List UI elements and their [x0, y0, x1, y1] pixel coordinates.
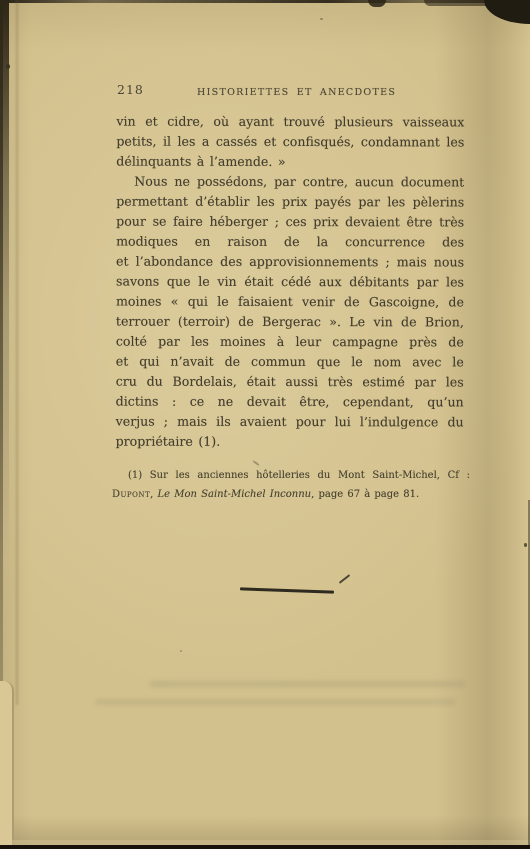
text-line: et qui n’avait de commun que le nom avec…	[116, 352, 464, 373]
page-left-edge-shadow	[0, 0, 9, 560]
text-line: modiques en raison de la concurrence des…	[116, 232, 464, 253]
text-line: dictins : ce ne devait être, cependant, …	[116, 392, 464, 413]
page-bottom-edge-shadow	[0, 845, 530, 849]
text-line: cru du Bordelais, était aussi très estim…	[116, 372, 464, 393]
text-line: permettant d’établir les prix payés par …	[116, 192, 464, 213]
page-number: 218	[117, 82, 144, 97]
text-line: savons que le vin était cédé aux débitan…	[116, 272, 464, 293]
text-line: verjus ; mais ils avaient pour lui l’ind…	[116, 412, 464, 433]
footnote-lines: (1) Sur les anciennes hôtelleries du Mon…	[112, 466, 470, 504]
running-title: HISTORIETTES ET ANECDOTES	[197, 87, 407, 98]
body-lines: vin et cidre, où ayant trouvé plusieurs …	[116, 112, 465, 453]
footnote-segment: ,	[150, 489, 157, 500]
text-line: petits, il les a cassés et confisqués, c…	[116, 132, 464, 153]
paper-speck	[6, 64, 10, 69]
paper-speck	[524, 543, 527, 547]
text-line: colté par les moines à leur campagne prè…	[116, 332, 464, 353]
footnote-line: Dupont, Le Mon Saint-Michel Inconnu, pag…	[112, 485, 470, 504]
page-top-right-corner	[484, 0, 530, 24]
footnote-line: (1) Sur les anciennes hôtelleries du Mon…	[112, 466, 470, 485]
text-line: propriétaire (1).	[116, 432, 464, 453]
text-line: pour se faire héberger ; ces prix devaie…	[116, 212, 464, 233]
text-line: vin et cidre, où ayant trouvé plusieurs …	[116, 112, 464, 133]
footnote-segment: (1) Sur les anciennes hôtelleries du Mon…	[128, 470, 470, 481]
paper-speck	[320, 18, 323, 20]
ink-stray-mark	[339, 574, 350, 584]
text-line: délinquants à l’amende. »	[116, 152, 464, 173]
scanned-book-page: 218 HISTORIETTES ET ANECDOTES vin et cid…	[0, 0, 530, 849]
page-left-crease	[16, 0, 18, 705]
text-line: terrouer (terroir) de Bergerac ». Le vin…	[116, 312, 464, 333]
footnote-segment: , page 67 à page 81.	[311, 489, 419, 500]
showthrough-text	[95, 699, 455, 705]
text-line: moines « qui le faisaient venir de Gasco…	[116, 292, 464, 313]
showthrough-text	[150, 681, 465, 687]
text-line: Nous ne possédons, par contre, aucun doc…	[116, 172, 464, 193]
paper-speck	[180, 650, 182, 652]
page-top-edge-notch	[368, 0, 386, 7]
footnote-segment: Le Mon Saint-Michel Inconnu	[158, 489, 312, 500]
page-bottom-left-curl	[0, 681, 14, 846]
footnote-segment: Dupont	[112, 489, 150, 500]
section-divider-rule	[240, 587, 334, 593]
text-line: et l’abondance des approvisionnements ; …	[116, 252, 464, 273]
